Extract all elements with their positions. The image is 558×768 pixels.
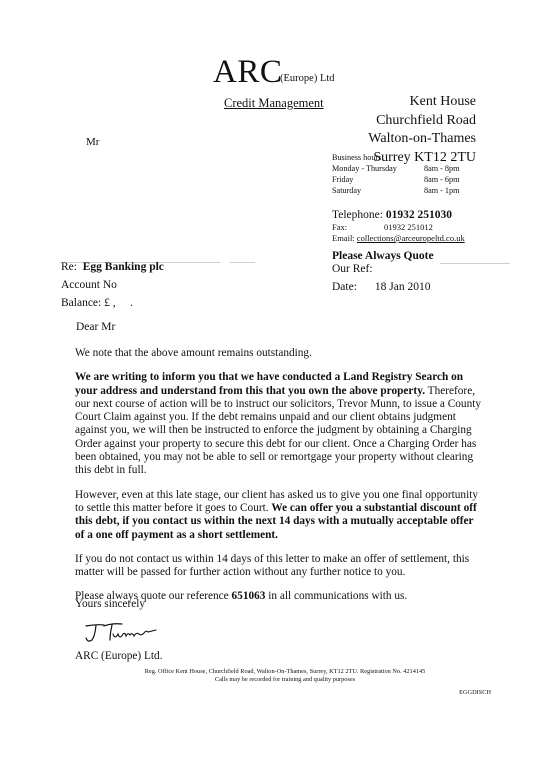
- court-action-text: Therefore, our next course of action wil…: [75, 385, 481, 477]
- paragraph-deadline: If you do not contact us within 14 days …: [75, 553, 485, 580]
- balance-line: Balance: £ , .: [61, 295, 164, 313]
- email-label: Email:: [332, 233, 355, 243]
- land-registry-notice: We are writing to inform you that we hav…: [75, 371, 463, 396]
- paragraph-land-registry: We are writing to inform you that we hav…: [75, 371, 485, 477]
- hours-row: Saturday 8am - 1pm: [332, 185, 459, 196]
- sender-company: ARC (Europe) Ltd.: [75, 650, 163, 662]
- re-label: Re:: [61, 261, 77, 273]
- hours-row: Friday 8am - 6pm: [332, 174, 459, 185]
- hours-row: Monday - Thursday 8am - 8pm: [332, 163, 459, 174]
- quote-heading: Please Always Quote: [332, 250, 434, 263]
- address-line: Churchfield Road: [368, 112, 476, 131]
- footer: Reg. Office Kent House, Churchfield Road…: [100, 668, 470, 684]
- fax-label: Fax:: [332, 222, 384, 233]
- calls-notice: Calls may be recorded for training and q…: [100, 676, 470, 684]
- scan-artifact: [440, 263, 510, 264]
- company-logo-suffix: (Europe) Ltd: [280, 73, 335, 84]
- recipient-name: Mr: [86, 136, 99, 148]
- salutation: Dear Mr: [76, 321, 115, 333]
- re-line: Re: Egg Banking plc: [61, 259, 164, 277]
- hours-time: 8am - 8pm: [424, 163, 459, 174]
- business-hours-title: Business hours:: [332, 152, 459, 163]
- business-hours: Business hours: Monday - Thursday 8am - …: [332, 152, 459, 196]
- contact-details: Telephone: 01932 251030 Fax:01932 251012…: [332, 208, 465, 244]
- telephone-label: Telephone:: [332, 209, 383, 221]
- telephone-number: 01932 251030: [386, 209, 452, 221]
- reference-block: Re: Egg Banking plc Account No Balance: …: [61, 259, 164, 313]
- registered-office: Reg. Office Kent House, Churchfield Road…: [100, 668, 470, 676]
- scan-artifact: [230, 262, 255, 263]
- our-ref-label: Our Ref:: [332, 263, 434, 276]
- account-label: Account No: [61, 279, 117, 291]
- balance-value: , .: [110, 297, 133, 309]
- date-line: Date: 18 Jan 2010: [332, 281, 434, 294]
- paragraph-offer: However, even at this late stage, our cl…: [75, 489, 485, 542]
- closing: Yours sincerely: [75, 598, 145, 610]
- hours-time: 8am - 1pm: [424, 185, 459, 196]
- reference-number: 651063: [232, 590, 266, 602]
- hours-day: Saturday: [332, 185, 424, 196]
- hours-day: Friday: [332, 174, 424, 185]
- document-code: EGGDISCH: [459, 689, 491, 696]
- account-line: Account No: [61, 277, 164, 295]
- hours-day: Monday - Thursday: [332, 163, 424, 174]
- re-value: Egg Banking plc: [83, 261, 164, 273]
- email-link[interactable]: collections@arceuropeltd.co.uk: [357, 233, 465, 243]
- address-line: Walton-on-Thames: [368, 130, 476, 149]
- balance-label: Balance: £: [61, 297, 110, 309]
- signature-image: J Turner: [82, 618, 162, 646]
- division-title: Credit Management: [224, 96, 324, 111]
- fax-line: Fax:01932 251012: [332, 222, 465, 233]
- business-hours-table: Monday - Thursday 8am - 8pm Friday 8am -…: [332, 163, 459, 196]
- email-line: Email: collections@arceuropeltd.co.uk: [332, 233, 465, 244]
- hours-time: 8am - 6pm: [424, 174, 459, 185]
- date-value: 18 Jan 2010: [375, 281, 431, 293]
- reference-text-end: in all communications with us.: [265, 590, 407, 602]
- address-line: Kent House: [368, 93, 476, 112]
- date-label: Date:: [332, 281, 372, 294]
- fax-number: 01932 251012: [384, 222, 433, 232]
- paragraph-outstanding: We note that the above amount remains ou…: [75, 347, 485, 360]
- quote-block: Please Always Quote Our Ref: Date: 18 Ja…: [332, 250, 434, 294]
- telephone-line: Telephone: 01932 251030: [332, 208, 465, 222]
- letter-body: We note that the above amount remains ou…: [75, 347, 485, 615]
- company-logo: ARC: [213, 54, 282, 90]
